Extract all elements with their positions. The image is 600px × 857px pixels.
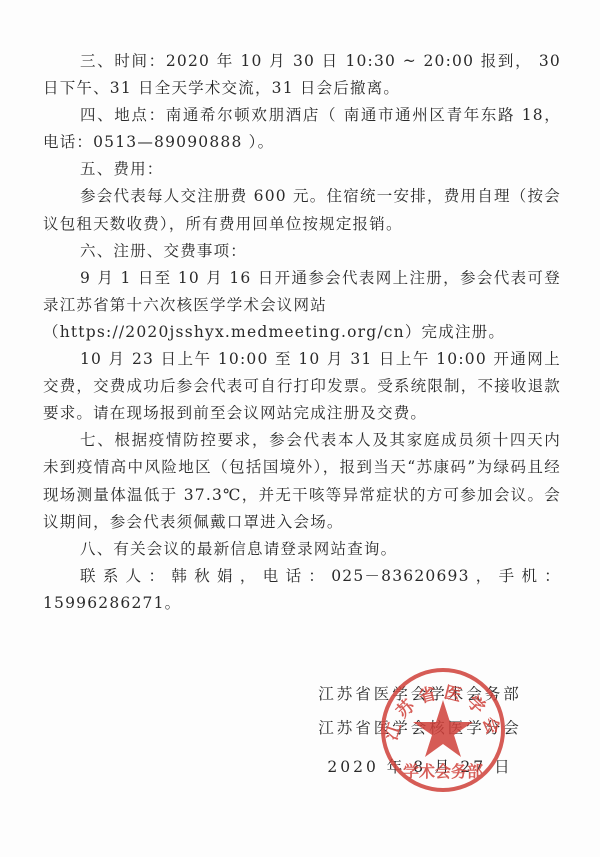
paragraph-registration-url: （https://2020jsshyx.medmeeting.org/cn）完成… bbox=[43, 319, 561, 346]
heading-fees: 五、费用： bbox=[43, 156, 561, 183]
signature-date: 2020 年 8 月 27 日 bbox=[300, 755, 540, 777]
paragraph-registration: 9 月 1 日至 10 月 16 日开通参会代表网上注册，参会代表可登录江苏省第… bbox=[43, 265, 561, 319]
signature-org-2: 江苏省医学会核医学分会 bbox=[300, 716, 540, 738]
document-body: 三、时间：2020 年 10 月 30 日 10:30 ~ 20:00 报到， … bbox=[43, 48, 561, 617]
paragraph-epidemic: 七、根据疫情防控要求，参会代表本人及其家庭成员须十四天内未到疫情高中风险地区（包… bbox=[43, 427, 561, 535]
heading-registration: 六、注册、交费事项： bbox=[43, 238, 561, 265]
paragraph-time: 三、时间：2020 年 10 月 30 日 10:30 ~ 20:00 报到， … bbox=[43, 48, 561, 102]
paragraph-fees: 参会代表每人交注册费 600 元。住宿统一安排，费用自理（按会议包租天数收费），… bbox=[43, 183, 561, 237]
paragraph-payment: 10 月 23 日上午 10:00 至 10 月 31 日上午 10:00 开通… bbox=[43, 346, 561, 427]
paragraph-location: 四、地点：南通希尔顿欢朋酒店（ 南通市通州区青年东路 18，电话：0513—89… bbox=[43, 102, 561, 156]
paragraph-contact: 联系人：韩秋娟，电话：025－83620693，手机：15996286271。 bbox=[43, 563, 561, 617]
signature-org-1: 江苏省医学会学术会务部 bbox=[300, 682, 540, 704]
paragraph-updates: 八、有关会议的最新信息请登录网站查询。 bbox=[43, 536, 561, 563]
